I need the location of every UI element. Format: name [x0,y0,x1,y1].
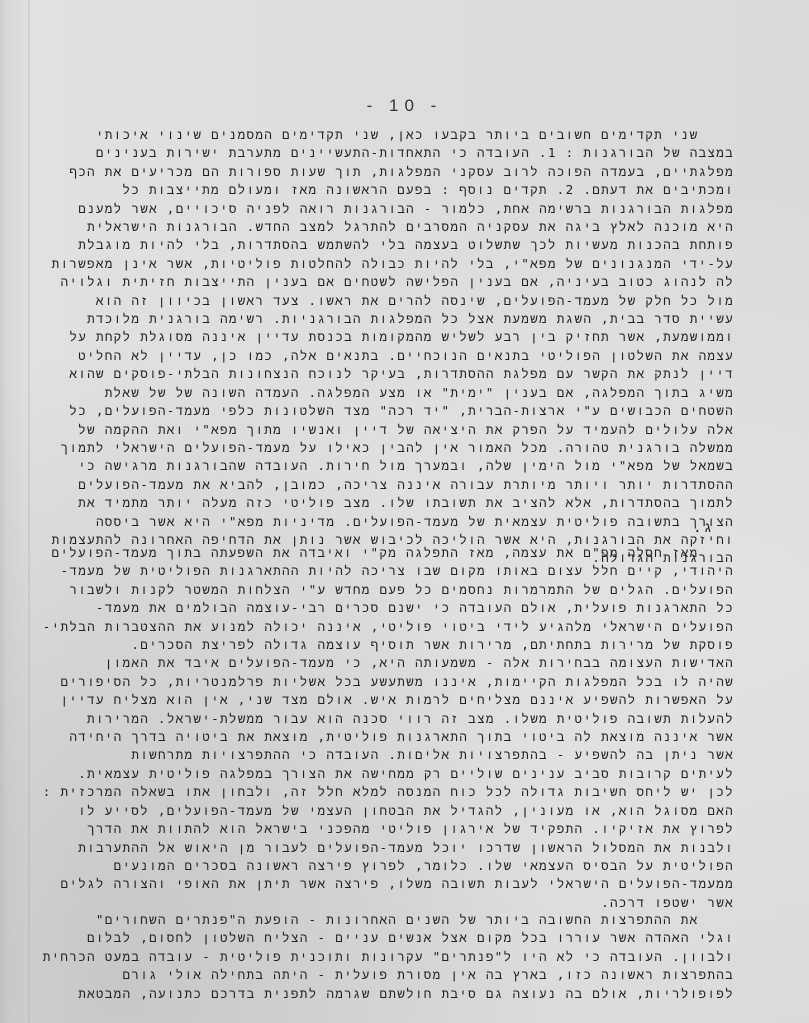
text-line: פותחת בהכנות מעשיות לכך שתשלוט בעצמה בלי… [94,236,734,254]
section-mark: ג. [693,520,714,537]
paragraph-3: את ההתפרצות החשובה ביותר של השנים האחרונ… [94,911,734,1003]
text-line: פוסקת של מרירות בתחתיתם, מרירות אשר תוסי… [94,636,734,654]
text-line: וגלי האהדה אשר עוררו בכל מקום אצל אנשים … [94,929,734,947]
paragraph-1: שני תקדימים חשובים ביותר בקבעו כאן, שני … [94,126,734,568]
text-line: לפרוץ את אזיקיו. התפקיד של אירגון פוליטי… [94,820,734,838]
text-line: ממשלה בורגנית טהורה. מכל האמור אין להבין… [94,439,734,457]
page-number: - 10 - [0,96,809,116]
text-line: שהיה לו בכל המפלגות הקיימות, איננו משתעש… [94,673,734,691]
text-line: משיג בתוך המפלגה, אם בענין "ימית" או מצע… [94,384,734,402]
text-line: היא מוכנה לאלץ ביגה את עסקניה המסרבים לה… [94,218,734,236]
text-line: דיין לנתק את הקשר עם מפלגת ההסתדרות, בעי… [94,365,734,383]
text-line: לפופולריות, אולם בה נעוצה גם סיבת חולשתם… [94,985,734,1003]
text-line: מפלגתיים, בעמדה הפוכה לרוב עסקני המפלגות… [94,163,734,181]
text-line: לתמוך בהסתדרות, אלא להציב את תשובתו שלו.… [94,494,734,512]
text-line: בשמאל של מפא"י מול הימין שלה, ובמערך מול… [94,457,734,475]
text-line: את ההתפרצות החשובה ביותר של השנים האחרונ… [94,911,734,929]
text-line: מול כל חלק של מעמד-הפועלים, שינסה להרים … [94,292,734,310]
text-line: על האפשרות להשפיע איננם מצליחים לרמות אי… [94,691,734,709]
text-line: עשיית סדר בבית, השגת משמעת אצל כל המפלגו… [94,310,734,328]
text-line: מאז חסלה מפ"ם את עצמה, מאז התפלגה מק"י ו… [94,544,734,562]
text-line: כל התארגנות פועלית, אולם העובדה כי ישנם … [94,599,734,617]
text-line: ומכתיבים את דעתם. 2. תקדים נוסף : בפעם ה… [94,181,734,199]
text-line: וממושמעת, אשר תחזיק בין רבע לשליש מהמקומ… [94,328,734,346]
text-line: אשר איננה מוצאת לה ביטוי בתוך התארגנות פ… [94,728,734,746]
text-line: עצמה את השלטון הפוליטי בתנאים הנוכחיים. … [94,347,734,365]
text-line: אלה עלולים להעמיד על הפרק את היציאה של ד… [94,421,734,439]
page-edge [28,0,30,1023]
text-line: הפועלים. הגלים של התמרמרות נחסמים כל פעם… [94,581,734,599]
text-line: לכן יש ליחס חשיבות גדולה לכל כוח המנסה ל… [94,783,734,801]
text-line: הצורך בתשובה פוליטית עצמאית של מעמד-הפוע… [94,513,734,531]
text-line: ההסתדרות יותר ויותר מיותרת עבורה איננה צ… [94,476,734,494]
text-line: לעיתים קרובות סביב ענינים שוליים רק ממחי… [94,765,734,783]
text-line: מפלגות הבורגנות ברשימה אחת, כלמור - הבור… [94,200,734,218]
paragraph-2: מאז חסלה מפ"ם את עצמה, מאז התפלגה מק"י ו… [94,544,734,912]
text-line: ולבנות את המסלול הראשון שדרכו יוכל מעמד-… [94,839,734,857]
text-line: שני תקדימים חשובים ביותר בקבעו כאן, שני … [94,126,734,144]
text-line: הפוליטית על הבסיס העצמאי שלו. כלומר, לפר… [94,857,734,875]
text-line: השטחים הכבושים ע"י ארצות-הברית, "יד רכה"… [94,402,734,420]
text-line: הפועלים הישראלי מלהגיע לידי ביטוי פוליטי… [94,618,734,636]
text-line: האדישות העצומה בבחירות אלה - משמעותה היא… [94,654,734,672]
text-line: על-ידי המנגנונים של מפא"י, בלי להיות כבו… [94,255,734,273]
text-line: ממעמד-הפועלים הישראלי לעבות תשובה משלו, … [94,875,734,893]
text-line: לה לנהוג כטוב בעיניה, אם בענין הפלישה לש… [94,273,734,291]
text-line: האם מסוגל הוא, או מעונין, להגדיל את הבטח… [94,802,734,820]
text-line: במצבה של הבורגנות : 1. העובדה כי התאחדות… [94,144,734,162]
text-line: אשר ישטפו דרכה. [94,894,734,912]
text-line: בהתפרצות ראשונה כזו, בארץ בה אין מסורת פ… [94,966,734,984]
text-line: אשר ניתן בה להשפיע - בהתפרצויות אליםות. … [94,746,734,764]
text-line: היהודי, קיים חלל עצום באותו מקום שבו צרי… [94,562,734,580]
text-line: ולבוון. העובדה כי לא היו ל"פנתרים" עקרונ… [94,948,734,966]
text-line: להעלות תשובה פוליטית משלו. מצב זה רווי ס… [94,710,734,728]
